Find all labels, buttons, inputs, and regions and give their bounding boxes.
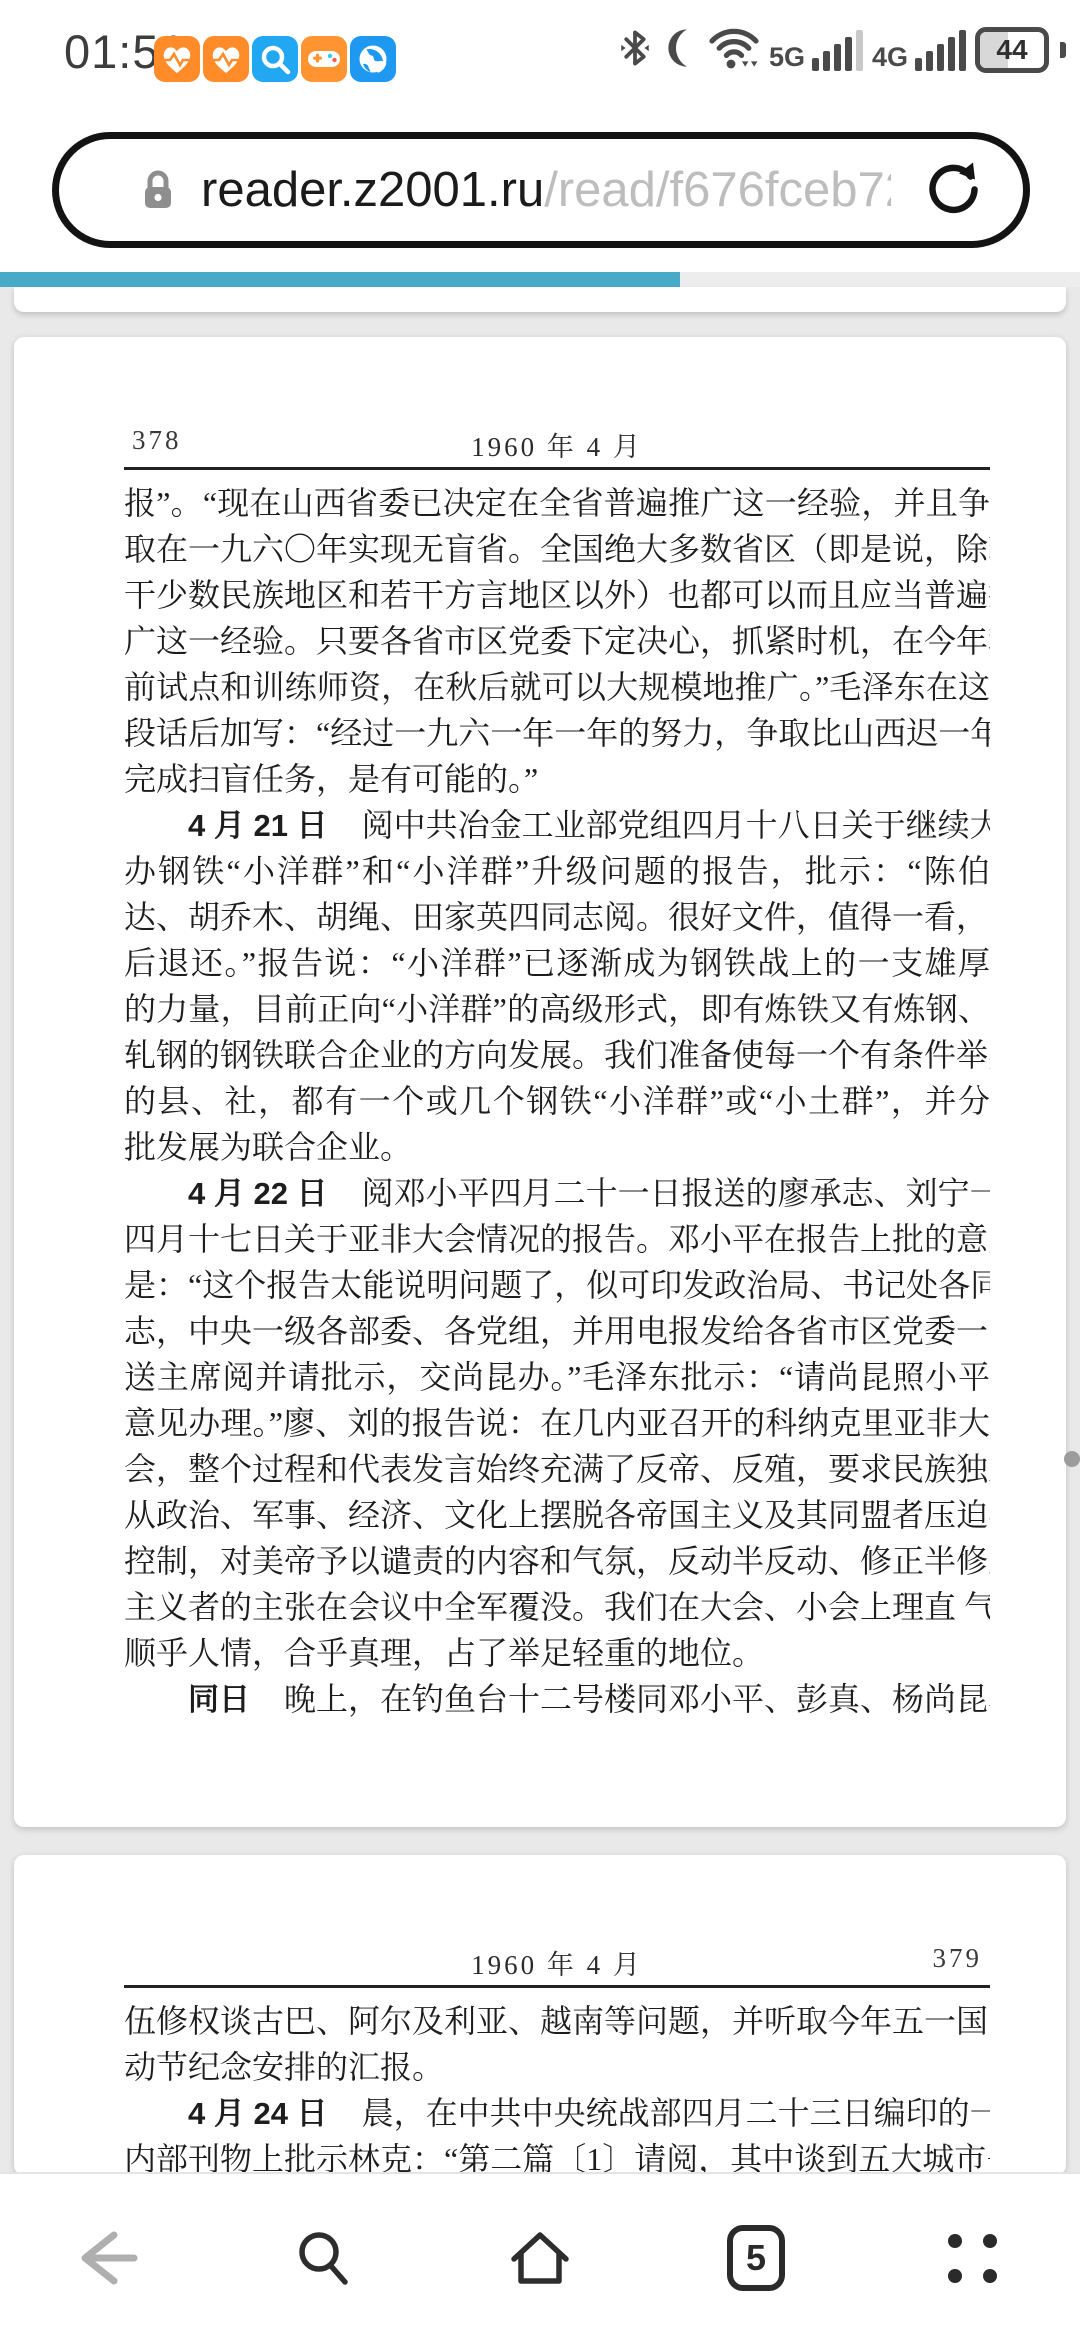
lock-icon bbox=[141, 168, 175, 212]
text-line: 伍修权谈古巴、阿尔及利亚、越南等问题，并听取今年五一国际 劳 bbox=[124, 1998, 990, 2044]
screen: 01:51 5G 4G 44 bbox=[0, 0, 1080, 2340]
text-line: 前试点和训练师资，在秋后就可以大规模地推广。”毛泽东在这 bbox=[124, 664, 990, 710]
text-line: 干少数民族地区和若干方言地区以外）也都可以而且应当普遍推 bbox=[124, 572, 990, 618]
back-arrow-icon bbox=[72, 2226, 144, 2290]
running-head: 1960 年 4 月 bbox=[124, 1943, 990, 1982]
back-button[interactable] bbox=[48, 2198, 168, 2318]
date-label: 4 月 21 日 bbox=[188, 808, 328, 843]
text-line: 广这一经验。只要各省市区党委下定决心，抓紧时机，在今年秋 bbox=[124, 618, 990, 664]
text-line: 会，整个过程和代表发言始终充满了反帝、反殖，要求民族独立， bbox=[124, 1446, 990, 1492]
signal-bars-icon bbox=[812, 30, 863, 71]
text-line: 同日晚上，在钓鱼台十二号楼同邓小平、彭真、杨尚昆、 bbox=[124, 1676, 990, 1722]
url-path: /read/f676fceb72c bbox=[544, 163, 891, 217]
reload-button[interactable] bbox=[925, 159, 983, 222]
text-line: 送主席阅并请批示，交尚昆办。”毛泽东批示：“请尚昆照小平 bbox=[124, 1354, 990, 1400]
tab-count: 5 bbox=[746, 2237, 766, 2279]
text-line: 意见办理。”廖、刘的报告说：在几内亚召开的科纳克里亚非大 bbox=[124, 1400, 990, 1446]
menu-button[interactable] bbox=[912, 2198, 1032, 2318]
home-button[interactable] bbox=[480, 2198, 600, 2318]
browser-navbar: 5 bbox=[0, 2172, 1080, 2340]
progress-fill bbox=[0, 272, 680, 287]
text-line: 的力量，目前正向“小洋群”的高级形式，即有炼铁又有炼钢、 bbox=[124, 986, 990, 1032]
status-icons: 5G 4G 44 bbox=[620, 0, 1066, 100]
text-line: 的县、社，都有一个或几个钢铁“小洋群”或“小土群”，并分 bbox=[124, 1078, 990, 1124]
header-rule bbox=[124, 467, 990, 470]
page-text: 报”。“现在山西省委已决定在全省普遍推广这一经验，并且争取在一九六〇年实现无盲省… bbox=[124, 480, 990, 1722]
header-rule bbox=[124, 1985, 990, 1988]
game-app-icon bbox=[301, 36, 347, 82]
date-label: 同日 bbox=[188, 1682, 250, 1717]
previous-page-card-edge bbox=[14, 287, 1066, 312]
signal-4g: 4G bbox=[872, 30, 966, 71]
date-label: 4 月 24 日 bbox=[188, 2096, 328, 2131]
browser-toolbar: reader.z2001.ru/read/f676fceb72c bbox=[0, 100, 1080, 272]
url-text[interactable]: reader.z2001.ru/read/f676fceb72c bbox=[201, 162, 891, 218]
text-line: 取在一九六〇年实现无盲省。全国绝大多数省区（即是说，除若 bbox=[124, 526, 990, 572]
search-app-icon bbox=[252, 36, 298, 82]
battery-percent: 44 bbox=[980, 32, 1044, 68]
text-line: 轧钢的钢铁联合企业的方向发展。我们准备使每一个有条件举办 bbox=[124, 1032, 990, 1078]
notification-icons bbox=[154, 36, 396, 82]
address-bar[interactable]: reader.z2001.ru/read/f676fceb72c bbox=[52, 132, 1030, 248]
menu-dots-icon bbox=[948, 2234, 997, 2283]
text-line: 是：“这个报告太能说明问题了，似可印发政治局、书记处各同 bbox=[124, 1262, 990, 1308]
text-line: 主义者的主张在会议中全军覆没。我们在大会、小会上理直 气壮， bbox=[124, 1584, 990, 1630]
bluetooth-icon bbox=[620, 25, 650, 76]
network-type-label: 4G bbox=[872, 44, 908, 71]
health-app-icon bbox=[154, 36, 200, 82]
running-head: 1960 年 4 月 bbox=[124, 425, 990, 464]
text-line: 四月十七日关于亚非大会情况的报告。邓小平在报告上批的意见 bbox=[124, 1216, 990, 1262]
text-line: 段话后加写：“经过一九六一年一年的努力，争取比山西迟一年 bbox=[124, 710, 990, 756]
page-header: 1960 年 4 月 379 bbox=[124, 1943, 990, 1979]
page-header: 378 1960 年 4 月 bbox=[124, 425, 990, 461]
tabs-button[interactable]: 5 bbox=[696, 2198, 816, 2318]
text-line: 顺乎人情，合乎真理，占了举足轻重的地位。 bbox=[124, 1630, 990, 1676]
date-label: 4 月 22 日 bbox=[188, 1176, 328, 1211]
home-icon bbox=[505, 2226, 575, 2290]
health-app-icon bbox=[203, 36, 249, 82]
night-mode-moon-icon bbox=[659, 25, 699, 76]
scrollbar-thumb[interactable] bbox=[1064, 1451, 1080, 1467]
text-line: 批发展为联合企业。 bbox=[124, 1124, 990, 1170]
text-line: 4 月 22 日阅邓小平四月二十一日报送的廖承志、刘宁一 bbox=[124, 1170, 990, 1216]
page-number: 379 bbox=[933, 1943, 983, 1974]
wifi-icon bbox=[708, 25, 760, 76]
text-line: 办钢铁“小洋群”和“小洋群”升级问题的报告，批示：“陈伯 bbox=[124, 848, 990, 894]
network-type-label: 5G bbox=[769, 44, 805, 71]
battery-icon: 44 bbox=[975, 27, 1049, 73]
signal-bars-icon bbox=[915, 30, 966, 71]
page-load-progressbar bbox=[0, 272, 1080, 287]
battery-cap bbox=[1060, 42, 1066, 58]
search-icon bbox=[292, 2226, 356, 2290]
url-domain: reader.z2001.ru bbox=[201, 163, 544, 217]
text-line: 4 月 21 日阅中共冶金工业部党组四月十八日关于继续大 bbox=[124, 802, 990, 848]
search-button[interactable] bbox=[264, 2198, 384, 2318]
text-line: 志，中央一级各部委、各党组，并用电报发给各省市区党委一 阅。 bbox=[124, 1308, 990, 1354]
tab-count-badge: 5 bbox=[727, 2225, 785, 2291]
browser-app-icon bbox=[350, 36, 396, 82]
text-line: 达、胡乔木、胡绳、田家英四同志阅。很好文件，值得一看，阅 bbox=[124, 894, 990, 940]
scanned-page-379: 1960 年 4 月 379 伍修权谈古巴、阿尔及利亚、越南等问题，并听取今年五… bbox=[14, 1855, 1066, 2175]
scanned-page-378: 378 1960 年 4 月 报”。“现在山西省委已决定在全省普遍推广这一经验，… bbox=[14, 337, 1066, 1827]
signal-5g: 5G bbox=[769, 30, 863, 71]
text-line: 完成扫盲任务，是有可能的。” bbox=[124, 756, 990, 802]
text-line: 后退还。”报告说：“小洋群”已逐渐成为钢铁战上的一支雄厚 bbox=[124, 940, 990, 986]
text-line: 报”。“现在山西省委已决定在全省普遍推广这一经验，并且争 bbox=[124, 480, 990, 526]
text-line: 控制，对美帝予以谴责的内容和气氛，反动半反动、修正半修正 bbox=[124, 1538, 990, 1584]
text-line: 4 月 24 日晨，在中共中央统战部四月二十三日编印的一份 bbox=[124, 2090, 990, 2136]
text-line: 从政治、军事、经济、文化上摆脱各帝国主义及其同盟者压迫与 bbox=[124, 1492, 990, 1538]
page-text: 伍修权谈古巴、阿尔及利亚、越南等问题，并听取今年五一国际 劳动节纪念安排的汇报。… bbox=[124, 1998, 990, 2182]
status-bar: 01:51 5G 4G 44 bbox=[0, 0, 1080, 100]
text-line: 动节纪念安排的汇报。 bbox=[124, 2044, 990, 2090]
